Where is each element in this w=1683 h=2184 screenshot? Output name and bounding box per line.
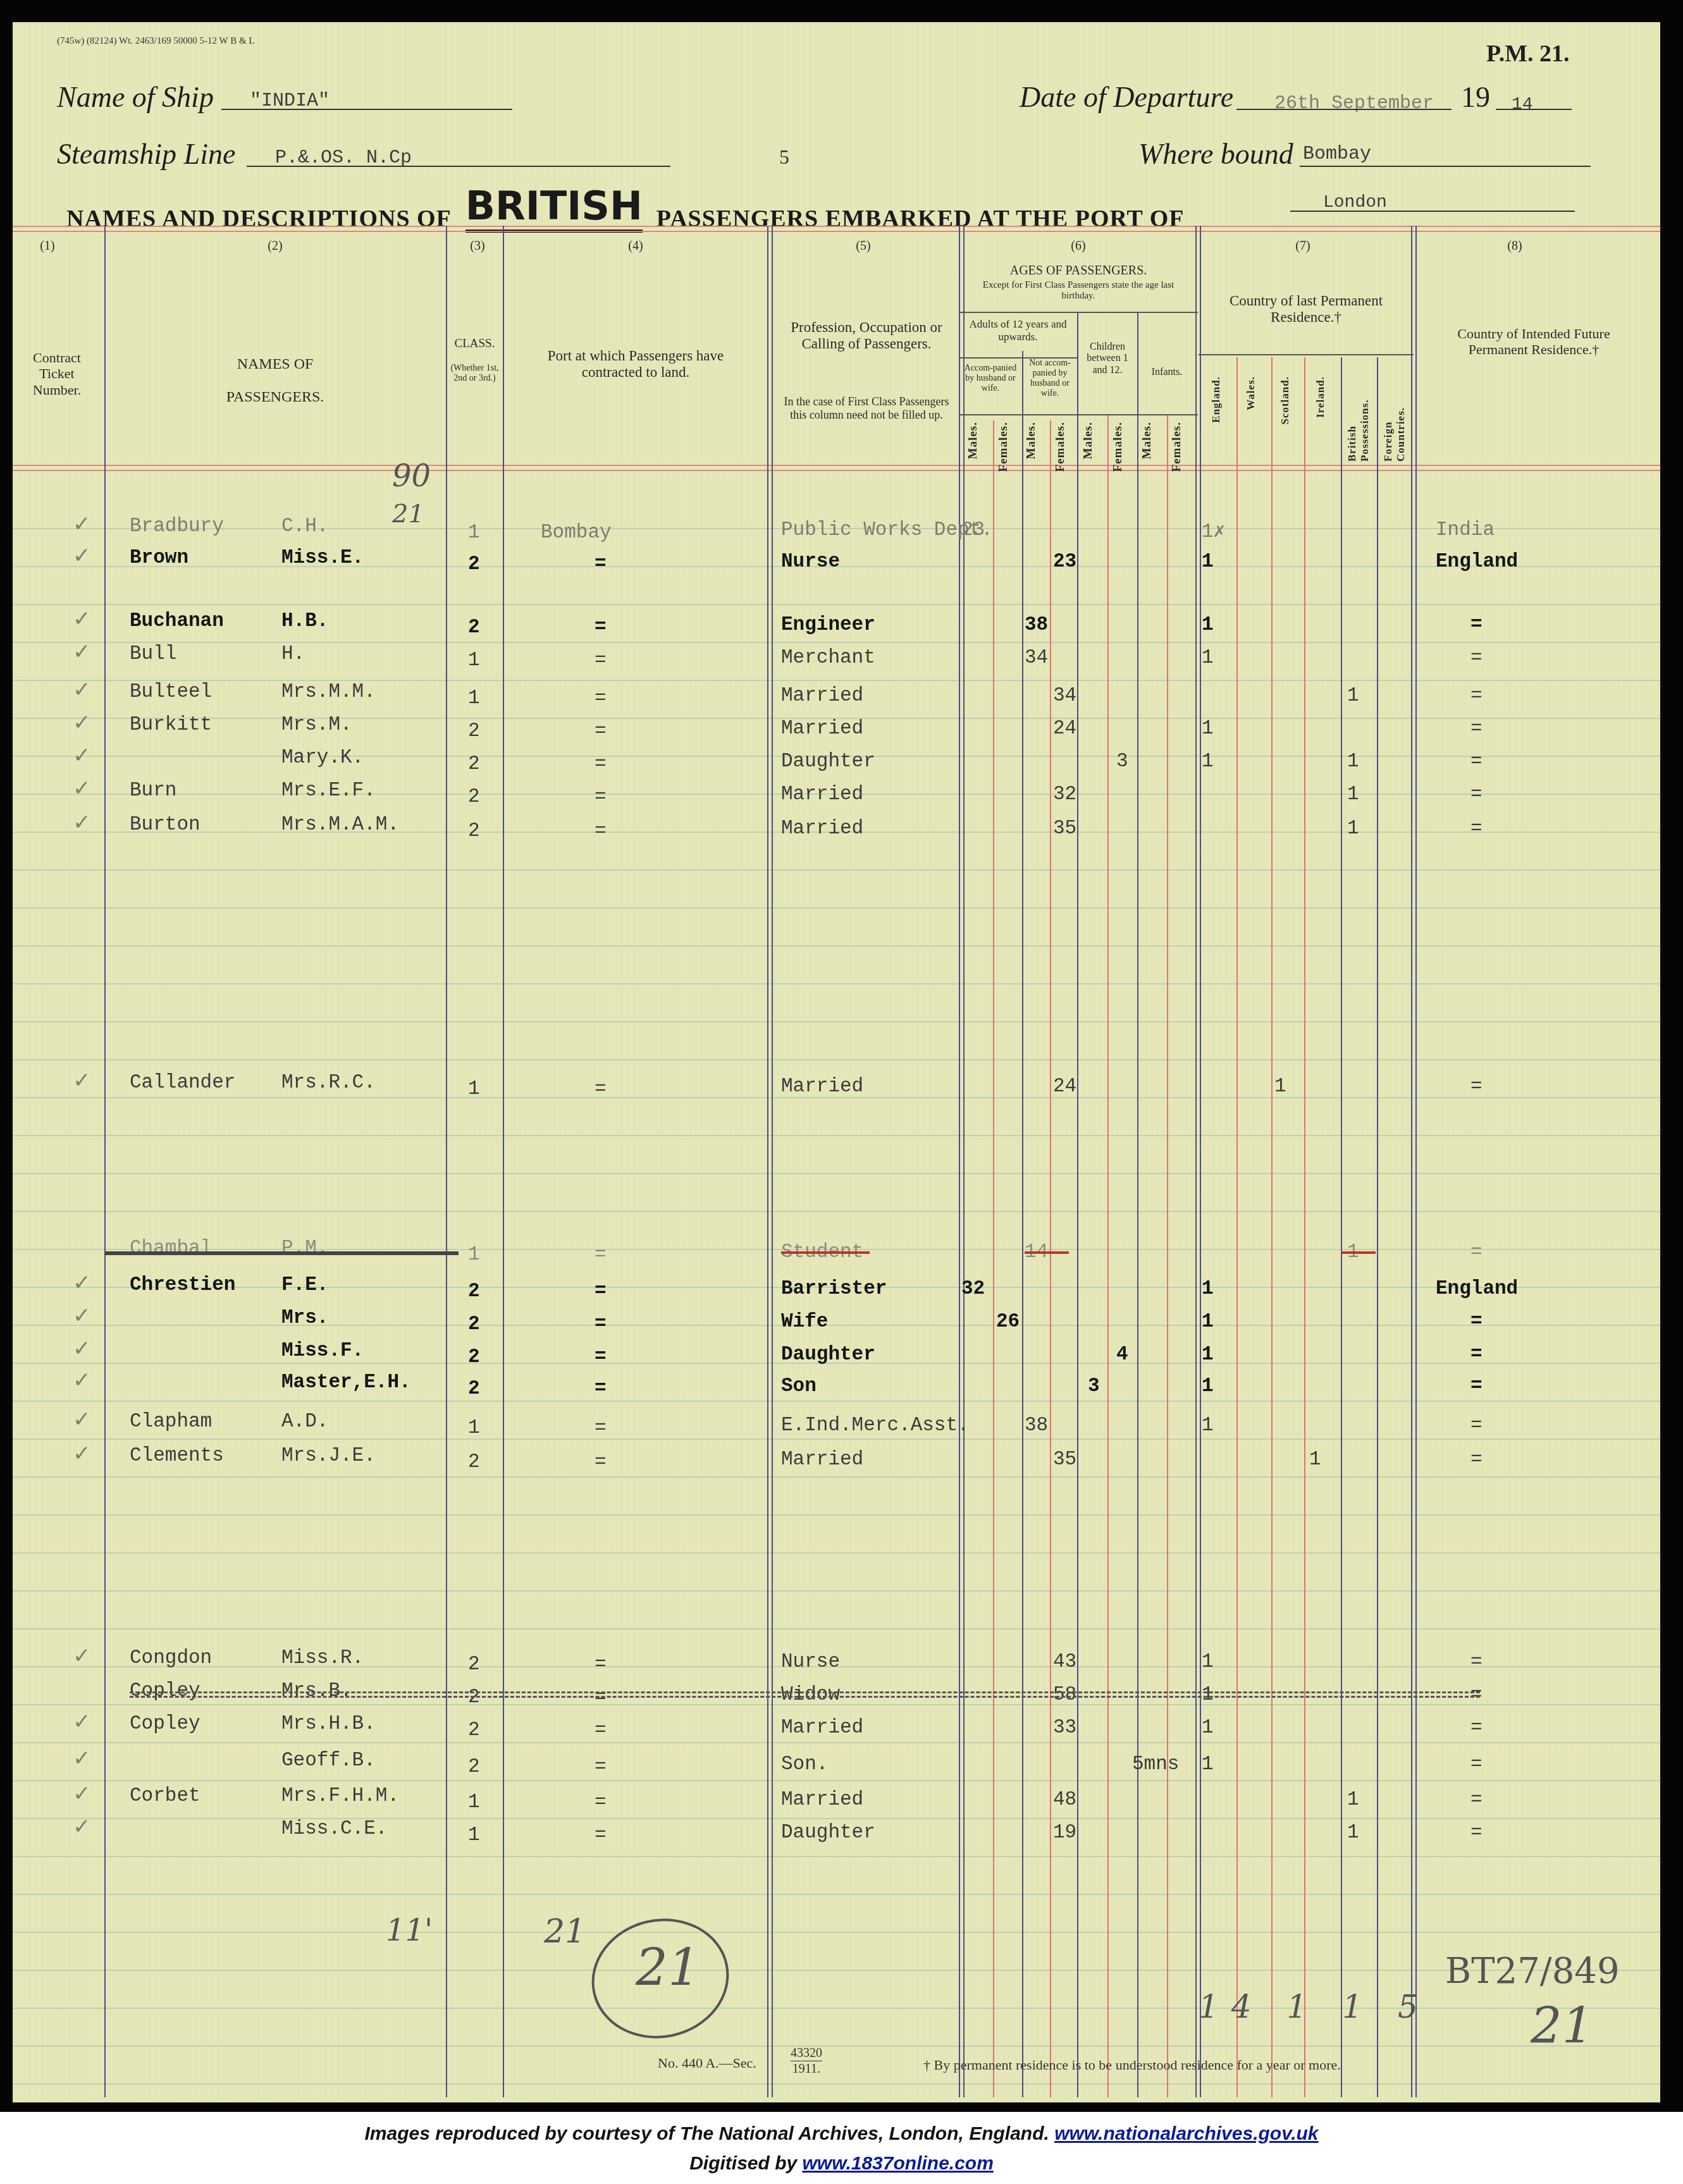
check-mark: ✓	[73, 776, 91, 801]
col-line-3	[503, 226, 504, 2097]
port-of-landing: =	[595, 1756, 607, 1778]
where-bound-value: Bombay	[1303, 144, 1371, 165]
red-strike-line	[1341, 1251, 1376, 1254]
check-mark: ✓	[73, 743, 91, 768]
occupation: E.Ind.Merc.Asst.	[781, 1414, 970, 1437]
departure-label: Date of Departure	[1020, 80, 1233, 114]
passenger-surname: Callander	[130, 1072, 235, 1094]
passenger-class: 1	[468, 1078, 480, 1100]
age: 23	[1053, 551, 1076, 573]
future-residence: =	[1470, 1789, 1483, 1811]
occupation: Daughter	[781, 751, 875, 773]
col3-number: (3)	[455, 239, 500, 254]
occupation: Merchant	[781, 647, 875, 669]
passenger-given-name: C.H.	[281, 515, 328, 537]
passenger-surname: Burn	[130, 780, 176, 802]
passenger-class: 2	[468, 1756, 480, 1778]
age: 38	[1025, 614, 1048, 636]
last-residence-mark: 1	[1202, 614, 1214, 636]
future-residence: =	[1470, 751, 1483, 773]
passenger-given-name: Geoff.B.	[281, 1750, 376, 1772]
1837online-link[interactable]: www.1837online.com	[803, 2153, 994, 2174]
col5-note: In the case of First Class Passengers th…	[778, 395, 955, 421]
passenger-class: 1	[468, 649, 480, 672]
passenger-class: 2	[468, 1313, 480, 1335]
col-line-7c	[1304, 357, 1305, 2097]
future-residence: =	[1470, 1344, 1483, 1366]
occupation: Nurse	[781, 1651, 840, 1673]
sex-divider	[959, 414, 1198, 415]
last-residence-mark: 1	[1347, 1822, 1359, 1844]
age: 34	[1053, 685, 1076, 707]
last-residence-mark: 1	[1202, 751, 1214, 773]
passenger-given-name: Mrs.	[281, 1307, 328, 1329]
passenger-class: 1	[468, 1244, 480, 1266]
age: 4	[1116, 1344, 1128, 1366]
occupation: Engineer	[781, 614, 875, 636]
col2-label-2: PASSENGERS.	[168, 389, 383, 407]
col6-number: (6)	[1059, 239, 1097, 254]
check-mark: ✓	[73, 1643, 91, 1669]
port-of-landing: =	[595, 649, 607, 672]
passenger-class: 2	[468, 553, 480, 575]
fraction-bottom: 1911.	[791, 2061, 822, 2077]
passenger-surname: Bradbury	[130, 515, 224, 537]
col6-note: Except for First Class Passengers state …	[971, 280, 1186, 302]
residence-foreign-countries-label: Foreign Countries.	[1382, 376, 1407, 462]
port-underline	[1290, 211, 1575, 212]
occupation: Married	[781, 1789, 863, 1811]
col6-accompanied: Accom-panied by husband or wife.	[960, 364, 1021, 394]
future-residence: =	[1470, 1241, 1483, 1263]
where-bound-label: Where bound	[1138, 137, 1293, 171]
port-of-landing: =	[595, 1078, 607, 1100]
col6-label: AGES OF PASSENGERS.	[961, 264, 1195, 278]
occupation: Wife	[781, 1311, 828, 1333]
passenger-surname: Burton	[130, 814, 200, 836]
future-residence: England	[1436, 1278, 1518, 1300]
passenger-class: 2	[468, 1451, 480, 1473]
col-line-6d	[1077, 313, 1078, 2097]
future-residence: =	[1470, 1753, 1483, 1776]
passenger-given-name: Mrs.R.C.	[281, 1072, 376, 1094]
national-archives-link[interactable]: www.nationalarchives.gov.uk	[1054, 2123, 1318, 2144]
port-of-landing: =	[595, 753, 607, 775]
males-label: Males.	[1025, 422, 1039, 459]
passenger-class: 2	[468, 1280, 480, 1303]
check-mark: ✓	[73, 1814, 91, 1839]
col-line-6g	[1167, 414, 1168, 2097]
archive-reference: BT27/849	[1445, 1951, 1620, 1992]
passenger-given-name: Mrs.F.H.M.	[281, 1785, 399, 1807]
port-of-landing: =	[595, 720, 607, 742]
males-label: Males.	[1082, 422, 1095, 459]
year-value: 14	[1512, 95, 1533, 114]
females-label: Females.	[1111, 422, 1125, 472]
col1-label: Contract Ticket Number.	[22, 350, 92, 398]
ages-divider	[959, 312, 1198, 313]
residence-ireland-label: Ireland.	[1314, 376, 1327, 418]
cancel-dashes	[130, 1691, 1480, 1698]
last-residence-mark: 1	[1347, 685, 1359, 707]
occupation: Daughter	[781, 1344, 875, 1366]
passenger-class: 2	[468, 1346, 480, 1368]
fraction-top: 43320	[791, 2046, 822, 2061]
passenger-surname: Congdon	[130, 1647, 212, 1669]
age: 32	[961, 1278, 985, 1300]
occupation: Daughter	[781, 1822, 875, 1844]
departure-value: 26th September	[1274, 93, 1434, 114]
occupation: Nurse	[781, 551, 840, 573]
credit-text-1: Images reproduced by courtesy of The Nat…	[364, 2123, 1049, 2144]
passenger-given-name: Mrs.M.	[281, 714, 352, 736]
occupation: Son	[781, 1375, 817, 1397]
pencil-note-21: 21	[544, 1913, 586, 1951]
residence-england-label: England.	[1210, 376, 1223, 423]
col7-number: (7)	[1284, 239, 1322, 254]
col3-sub: (Whether 1st, 2nd or 3rd.)	[448, 364, 502, 384]
port-of-landing: =	[595, 687, 607, 709]
port-of-landing: =	[595, 553, 607, 575]
passenger-surname: Copley	[130, 1713, 200, 1735]
last-residence-mark: 1	[1274, 1076, 1286, 1098]
check-mark: ✓	[73, 810, 91, 835]
col-line-7e	[1377, 357, 1378, 2097]
check-mark: ✓	[73, 1368, 91, 1393]
col-line-1	[104, 226, 106, 2097]
year-underline	[1496, 109, 1572, 110]
passenger-surname: Buchanan	[130, 610, 224, 632]
passenger-given-name: Mary.K.	[281, 747, 364, 769]
age: 5mns	[1132, 1753, 1179, 1776]
form-number: No. 440 A.—Sec.	[658, 2055, 756, 2071]
last-residence-mark: 1	[1309, 1449, 1321, 1471]
credit-text-2: Digitised by	[689, 2153, 797, 2174]
port-value: London	[1323, 193, 1387, 212]
residence-scotland-label: Scotland.	[1279, 376, 1292, 425]
col3-label: CLASS.	[448, 337, 502, 351]
passenger-surname: Chrestien	[130, 1274, 235, 1296]
future-residence: =	[1470, 1822, 1483, 1844]
col5-label: Profession, Occupation or Calling of Pas…	[778, 319, 955, 353]
age: 3	[1088, 1375, 1100, 1397]
port-of-landing: =	[595, 1378, 607, 1400]
future-residence: =	[1470, 614, 1483, 636]
port-of-landing: =	[595, 1791, 607, 1813]
check-mark: ✓	[73, 1781, 91, 1807]
check-mark: ✓	[73, 512, 91, 537]
occupation: Married	[781, 718, 863, 740]
check-mark: ✓	[73, 677, 91, 702]
check-mark: ✓	[73, 1441, 91, 1466]
check-mark: ✓	[73, 1746, 91, 1771]
strike-line	[104, 1251, 459, 1255]
col-line-7f	[1411, 226, 1417, 2097]
future-residence: =	[1470, 1717, 1483, 1739]
passenger-surname: Burkitt	[130, 714, 212, 736]
port-of-landing: =	[595, 786, 607, 808]
col-line-7d	[1341, 357, 1342, 2097]
col2-number: (2)	[256, 239, 294, 254]
passenger-given-name: Miss.F.	[281, 1340, 364, 1362]
passenger-class: 1	[468, 687, 480, 709]
age: 32	[1053, 783, 1076, 806]
age: 35	[1053, 1449, 1076, 1471]
passenger-given-name: Mrs.M.M.	[281, 681, 376, 703]
passenger-class: 2	[468, 1378, 480, 1400]
future-residence: India	[1436, 519, 1495, 541]
last-residence-mark: 1	[1202, 1651, 1214, 1673]
passenger-surname: Bulteel	[130, 681, 212, 703]
check-mark: ✓	[73, 1709, 91, 1734]
col1-number: (1)	[32, 239, 63, 254]
passenger-class: 2	[468, 720, 480, 742]
passenger-given-name: A.D.	[281, 1411, 328, 1433]
last-residence-mark: 1	[1202, 647, 1214, 669]
passenger-surname: Brown	[130, 547, 188, 569]
age: 23	[961, 519, 985, 541]
col-line-6h	[1195, 226, 1201, 2097]
passenger-list-form: (745w) (82124) Wt. 2463/169 50000 5-12 W…	[13, 22, 1660, 2102]
check-mark: ✓	[73, 1068, 91, 1093]
column-totals: 14 1 1 5	[1199, 1989, 1431, 2025]
col-line-7b	[1271, 357, 1273, 2097]
passenger-given-name: Mrs.H.B.	[281, 1713, 376, 1735]
males-label: Males.	[966, 422, 980, 459]
last-residence-mark: 1	[1202, 1375, 1214, 1397]
check-mark: ✓	[73, 1303, 91, 1328]
passenger-class: 2	[468, 786, 480, 808]
year-prefix: 19	[1461, 80, 1490, 114]
margin-note-90: 90	[392, 458, 431, 494]
pencil-note-11: 11'	[386, 1913, 433, 1948]
red-strike-line	[781, 1251, 870, 1254]
port-of-landing: =	[595, 1244, 607, 1266]
future-residence: =	[1470, 1076, 1483, 1098]
future-residence: =	[1470, 1651, 1483, 1673]
form-id: P.M. 21.	[1486, 40, 1570, 68]
col-line-5	[959, 226, 965, 2097]
passenger-given-name: H.B.	[281, 610, 328, 632]
last-residence-mark: 1	[1347, 1789, 1359, 1811]
occupation: Married	[781, 1717, 863, 1739]
title-left: NAMES AND DESCRIPTIONS OF	[66, 205, 452, 233]
port-of-landing: =	[595, 1313, 607, 1335]
age: 26	[996, 1311, 1020, 1333]
passenger-class: 2	[468, 617, 480, 639]
col7-label: Country of last Permanent Residence.†	[1205, 293, 1407, 326]
check-mark: ✓	[73, 543, 91, 568]
last-residence-mark: 1	[1202, 1414, 1214, 1437]
port-of-landing: =	[595, 1719, 607, 1741]
col-line-6c	[1050, 420, 1051, 2097]
females-label: Females.	[1054, 422, 1068, 472]
check-mark: ✓	[73, 1270, 91, 1296]
occupation: Married	[781, 783, 863, 806]
col6-not-accompanied: Not accom-panied by husband or wife.	[1023, 359, 1076, 399]
occupation: Married	[781, 1076, 863, 1098]
passenger-class: 1	[468, 1791, 480, 1813]
credit-line-1: Images reproduced by courtesy of The Nat…	[0, 2123, 1683, 2145]
occupation: Son.	[781, 1753, 828, 1776]
occupation: Married	[781, 1449, 863, 1471]
bound-underline	[1300, 166, 1591, 167]
ship-label: Name of Ship	[57, 80, 214, 114]
females-label: Females.	[1170, 422, 1184, 472]
passenger-class: 1	[468, 1824, 480, 1846]
passenger-class: 2	[468, 1653, 480, 1676]
col6-infants: Infants.	[1138, 367, 1195, 378]
col5-number: (5)	[844, 239, 882, 254]
ship-underline	[221, 109, 512, 110]
age: 24	[1053, 718, 1076, 740]
age: 24	[1053, 1076, 1076, 1098]
passenger-given-name: Miss.R.	[281, 1647, 364, 1669]
sheet-number: 5	[779, 145, 789, 169]
port-of-landing: =	[595, 1824, 607, 1846]
last-residence-mark: 1	[1347, 818, 1359, 840]
occupation: Married	[781, 685, 863, 707]
check-mark: ✓	[73, 606, 91, 632]
check-mark: ✓	[73, 710, 91, 735]
age: 19	[1053, 1822, 1076, 1844]
future-residence: =	[1470, 818, 1483, 840]
line-underline	[247, 166, 670, 167]
residence-divider	[1199, 354, 1414, 355]
last-residence-mark: 1	[1347, 783, 1359, 806]
passenger-class: 2	[468, 1719, 480, 1741]
port-of-landing: =	[595, 820, 607, 842]
check-mark: ✓	[73, 1407, 91, 1432]
residence-wales-label: Wales.	[1245, 376, 1257, 410]
col8-label: Country of Intended Future Permanent Res…	[1439, 326, 1629, 358]
future-residence: =	[1470, 783, 1483, 806]
females-label: Females.	[997, 422, 1011, 472]
last-residence-mark: 1	[1202, 718, 1214, 740]
passenger-surname: Corbet	[130, 1785, 200, 1807]
col6-children: Children between 1 and 12.	[1078, 341, 1137, 376]
col-line-4	[767, 226, 773, 2097]
col-line-6a	[993, 420, 994, 2097]
circled-21: 21	[636, 1938, 700, 1997]
passenger-surname: Clapham	[130, 1411, 212, 1433]
future-residence: =	[1470, 647, 1483, 669]
age: 34	[1025, 647, 1048, 669]
occupation: Married	[781, 818, 863, 840]
passenger-given-name: H.	[281, 643, 305, 665]
archive-reference-21: 21	[1531, 1998, 1593, 2055]
passenger-surname: Clements	[130, 1445, 224, 1467]
passenger-given-name: Mrs.M.A.M.	[281, 814, 399, 836]
port-of-landing: =	[595, 1280, 607, 1303]
col-line-7a	[1236, 357, 1238, 2097]
check-mark: ✓	[73, 1336, 91, 1361]
col8-number: (8)	[1496, 239, 1534, 254]
last-residence-mark: 1	[1202, 551, 1214, 573]
age: 33	[1053, 1717, 1076, 1739]
occupation: Barrister	[781, 1278, 887, 1300]
age: 48	[1053, 1789, 1076, 1811]
passenger-class: 1	[468, 522, 480, 544]
col6-adults: Adults of 12 years and upwards.	[960, 318, 1076, 343]
passenger-given-name: F.E.	[281, 1274, 328, 1296]
departure-underline	[1236, 109, 1452, 110]
future-residence: England	[1436, 551, 1518, 573]
passenger-given-name: Mrs.J.E.	[281, 1445, 376, 1467]
passenger-class: 1	[468, 1417, 480, 1439]
port-of-landing: =	[595, 1451, 607, 1473]
last-residence-mark: 1	[1202, 1753, 1214, 1776]
passenger-given-name: Master,E.H.	[281, 1371, 411, 1394]
passenger-class: 2	[468, 820, 480, 842]
last-residence-mark: 1	[1202, 1717, 1214, 1739]
age: 35	[1053, 818, 1076, 840]
port-of-landing: =	[595, 1653, 607, 1676]
col4-label: Port at which Passengers have contracted…	[525, 348, 746, 381]
steamship-line-label: Steamship Line	[57, 137, 235, 171]
credit-line-2: Digitised by www.1837online.com	[0, 2153, 1683, 2175]
port-of-landing: =	[595, 1417, 607, 1439]
passenger-surname: Chambal	[130, 1237, 212, 1260]
permanent-residence-note: † By permanent residence is to be unders…	[923, 2057, 1341, 2073]
passenger-given-name: Mrs.E.F.	[281, 780, 376, 802]
future-residence: =	[1470, 1375, 1483, 1397]
red-strike-line	[1025, 1251, 1069, 1254]
future-residence: =	[1470, 1311, 1483, 1333]
col-line-6b	[1022, 351, 1023, 2097]
col-line-2	[446, 226, 447, 2097]
col-line-6e	[1107, 414, 1109, 2097]
last-residence-mark: 1	[1202, 1311, 1214, 1333]
title-right: PASSENGERS EMBARKED AT THE PORT OF	[657, 205, 1185, 233]
age: 38	[1025, 1414, 1048, 1437]
passenger-given-name: P.M.	[281, 1237, 328, 1260]
margin-note-21: 21	[392, 500, 424, 529]
check-mark: ✓	[73, 639, 91, 665]
passenger-class: 2	[468, 753, 480, 775]
future-residence: =	[1470, 1414, 1483, 1437]
form-number-fraction: 43320 1911.	[791, 2046, 822, 2077]
col4-number: (4)	[617, 239, 655, 254]
last-residence-mark: 1	[1347, 751, 1359, 773]
residence-british-possessions-label: British Possessions.	[1346, 376, 1371, 462]
col2-label-1: NAMES OF	[168, 356, 383, 374]
port-of-landing: =	[595, 1346, 607, 1368]
port-of-landing: =	[595, 617, 607, 639]
age: 3	[1116, 751, 1128, 773]
passenger-given-name: Miss.E.	[281, 547, 364, 569]
port-of-landing: Bombay	[541, 522, 612, 544]
passenger-given-name: Miss.C.E.	[281, 1818, 387, 1840]
last-residence-mark: 1	[1202, 1344, 1214, 1366]
last-residence-mark: 1✗	[1202, 519, 1225, 543]
print-code: (745w) (82124) Wt. 2463/169 50000 5-12 W…	[57, 36, 254, 47]
passenger-surname: Bull	[130, 643, 176, 665]
future-residence: =	[1470, 1449, 1483, 1471]
future-residence: =	[1470, 685, 1483, 707]
last-residence-mark: 1	[1202, 1278, 1214, 1300]
col-line-6f	[1137, 313, 1138, 2097]
males-label: Males.	[1140, 422, 1154, 459]
future-residence: =	[1470, 718, 1483, 740]
age: 43	[1053, 1651, 1076, 1673]
